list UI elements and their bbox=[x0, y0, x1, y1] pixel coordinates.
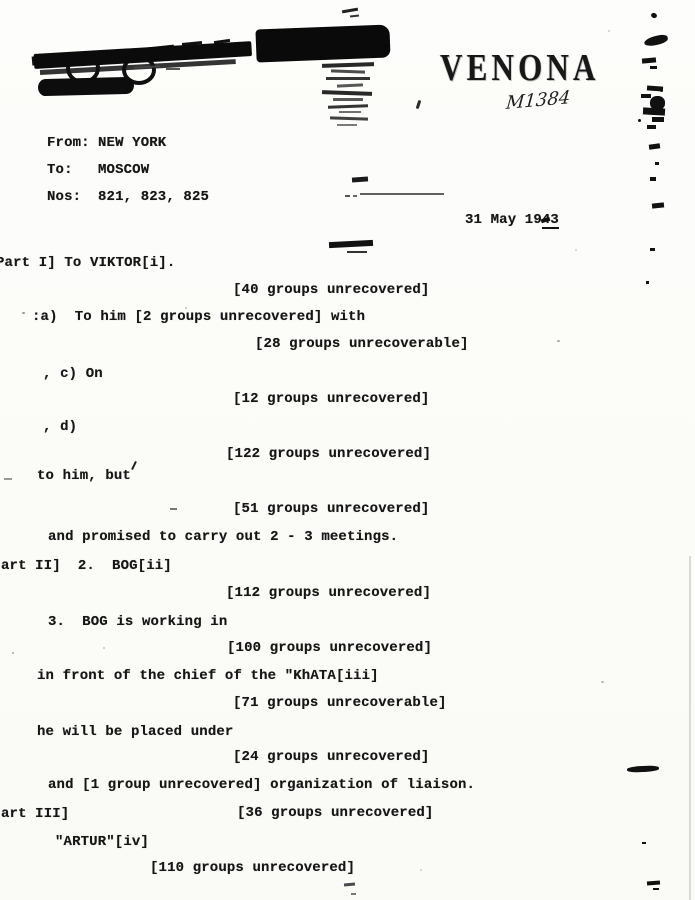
typed-line: and promised to carry out 2 - 3 meetings… bbox=[48, 529, 398, 545]
ink-dot bbox=[353, 195, 357, 197]
typed-line: to him, but bbox=[37, 468, 131, 484]
date-overstruck-digit: 4 bbox=[542, 213, 551, 227]
scan-artifact bbox=[653, 888, 659, 890]
redaction-blob bbox=[38, 77, 134, 97]
typed-line: [40 groups unrecovered] bbox=[233, 282, 429, 298]
typed-line: 3. BOG is working in bbox=[48, 614, 227, 630]
typed-line: , c) On bbox=[43, 366, 103, 382]
scan-artifact bbox=[642, 842, 646, 844]
header-nos-value: 821, 823, 825 bbox=[98, 189, 209, 205]
scan-artifact bbox=[660, 89, 663, 92]
scan-artifact bbox=[647, 881, 660, 886]
typed-line: , d) bbox=[43, 419, 77, 435]
ink-smear-line bbox=[328, 104, 368, 108]
typed-line: [100 groups unrecovered] bbox=[227, 640, 432, 656]
typed-line: in front of the chief of the "KhATA[iii] bbox=[37, 668, 379, 684]
paper-speck bbox=[575, 249, 577, 251]
typed-line: [122 groups unrecovered] bbox=[226, 446, 431, 462]
typed-line: [51 groups unrecovered] bbox=[233, 501, 429, 517]
scan-artifact bbox=[649, 143, 661, 149]
ink-smear-line bbox=[339, 111, 361, 113]
handwritten-number: M1384 bbox=[505, 87, 571, 114]
ink-tick bbox=[131, 461, 137, 470]
paper-speck bbox=[22, 312, 25, 314]
ink-dash bbox=[342, 8, 358, 14]
scan-artifact bbox=[650, 66, 657, 69]
date-line: 31 May 1943 bbox=[465, 212, 559, 229]
scan-artifact bbox=[641, 94, 651, 98]
paper-speck bbox=[601, 681, 604, 683]
typed-line: [28 groups unrecoverable] bbox=[255, 336, 469, 352]
ink-dash bbox=[352, 176, 368, 182]
date-last-digit: 3 bbox=[550, 212, 559, 228]
ink-dot bbox=[345, 195, 350, 197]
typed-line: [24 groups unrecovered] bbox=[233, 749, 429, 765]
paper-speck bbox=[608, 30, 610, 32]
ink-dash bbox=[329, 240, 373, 248]
ink-dash bbox=[4, 478, 12, 480]
ink-smear-line bbox=[337, 83, 363, 87]
typed-line: "ARTUR"[iv] bbox=[55, 834, 149, 850]
ink-dash bbox=[350, 15, 359, 18]
ink-dash bbox=[170, 508, 177, 510]
paper-speck bbox=[103, 647, 105, 649]
ink-smear-line bbox=[330, 116, 368, 120]
ink-smear-line bbox=[337, 124, 357, 126]
typed-line: [112 groups unrecovered] bbox=[226, 585, 431, 601]
document-page: VENONA M1384 From: NEW YORK To: MOSCOW N… bbox=[0, 0, 695, 900]
scan-artifact bbox=[638, 119, 641, 122]
typed-line: [71 groups unrecoverable] bbox=[233, 695, 447, 711]
typed-line: :a) To him [2 groups unrecovered] with bbox=[32, 309, 365, 325]
scan-artifact bbox=[650, 177, 656, 181]
typed-line: Part I] To VIKTOR[i]. bbox=[0, 255, 175, 271]
ink-smear-line bbox=[322, 90, 372, 96]
ink-smear-line bbox=[326, 77, 370, 80]
ink-smear-line bbox=[333, 98, 363, 101]
typed-line: art II] 2. BOG[ii] bbox=[1, 558, 172, 574]
scan-artifact bbox=[652, 202, 664, 208]
ink-smear-line bbox=[322, 62, 374, 68]
header-from-value: NEW YORK bbox=[98, 135, 166, 151]
paper-speck bbox=[185, 307, 187, 309]
ink-dash bbox=[344, 883, 355, 887]
scan-artifact bbox=[627, 765, 659, 773]
ink-tick bbox=[416, 100, 422, 109]
ink-smear-line bbox=[331, 69, 365, 73]
scan-artifact bbox=[647, 125, 656, 129]
scan-artifact bbox=[642, 57, 656, 63]
paper-speck bbox=[12, 652, 14, 654]
scan-artifact bbox=[652, 117, 664, 122]
typed-line: he will be placed under bbox=[37, 724, 233, 740]
scan-artifact bbox=[650, 248, 655, 251]
scan-artifact bbox=[650, 12, 657, 19]
scan-artifact bbox=[655, 162, 659, 165]
header-nos-label: Nos: bbox=[47, 189, 81, 205]
scan-artifact bbox=[646, 281, 649, 284]
paper-speck bbox=[557, 340, 560, 342]
scan-artifact bbox=[643, 34, 668, 48]
header-from-label: From: bbox=[47, 135, 90, 151]
typed-line: art III] bbox=[1, 806, 69, 822]
date-underline: 43 bbox=[542, 213, 559, 229]
scan-artifact bbox=[643, 107, 665, 115]
handwriting-fragment bbox=[166, 68, 180, 70]
ink-line bbox=[347, 251, 367, 253]
typed-line: [12 groups unrecovered] bbox=[233, 391, 429, 407]
header-to-label: To: bbox=[47, 162, 73, 178]
ink-dash bbox=[351, 893, 356, 895]
typed-line: and [1 group unrecovered] organization o… bbox=[48, 777, 475, 793]
paper-speck bbox=[420, 869, 422, 871]
date-prefix: 31 May 19 bbox=[465, 212, 542, 228]
typed-line: [36 groups unrecovered] bbox=[237, 805, 433, 821]
scan-edge-line bbox=[689, 556, 691, 900]
typed-line: [110 groups unrecovered] bbox=[150, 860, 355, 876]
venona-stamp: VENONA bbox=[440, 50, 600, 86]
header-to-value: MOSCOW bbox=[98, 162, 149, 178]
redaction-blob bbox=[255, 24, 390, 62]
ink-line bbox=[360, 193, 444, 195]
